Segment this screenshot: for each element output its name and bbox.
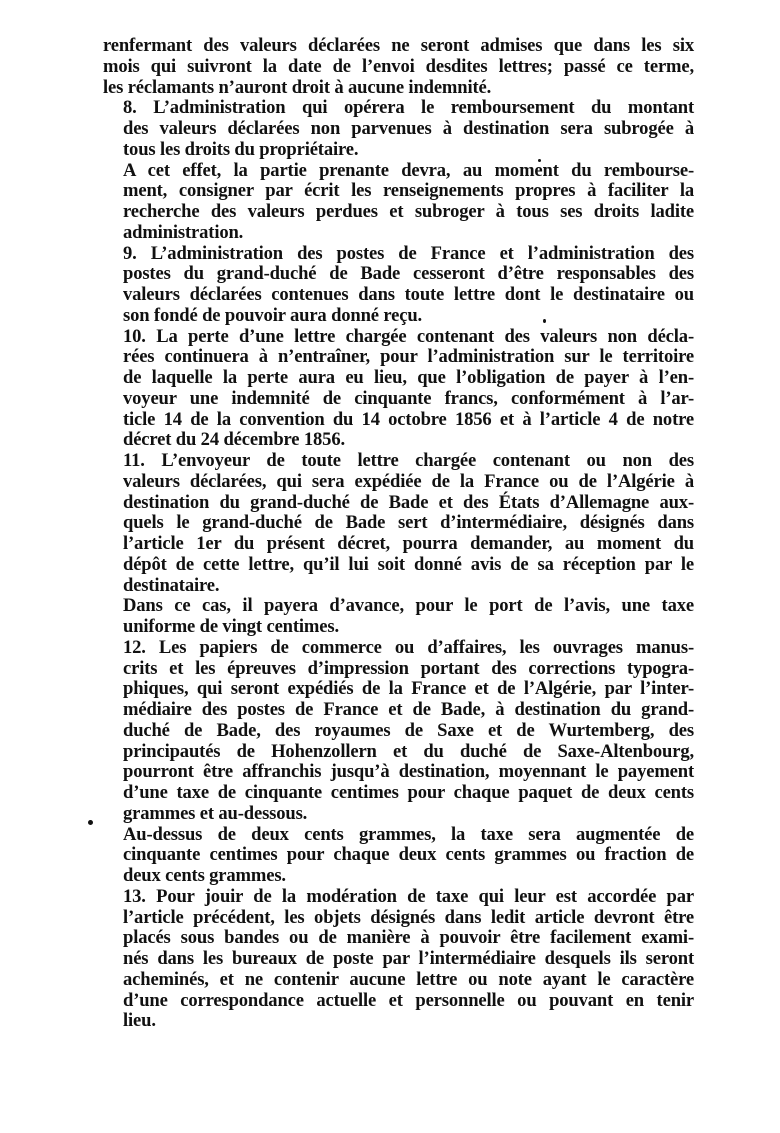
paragraph-continuation: renfermant des valeurs déclarées ne sero… xyxy=(103,36,694,98)
text-line: valeurs déclarées contenues dans toute l… xyxy=(103,285,694,306)
text-line: tous les droits du propriétaire. xyxy=(103,140,694,161)
text-line: voyeur une indemnité de cinquante francs… xyxy=(103,389,694,410)
text-line: médiaire des postes de France et de Bade… xyxy=(103,700,694,721)
text-line: décret du 24 décembre 1856. xyxy=(103,430,694,451)
text-line: de laquelle la perte aura eu lieu, que l… xyxy=(103,368,694,389)
paragraph-article-13: 13. Pour jouir de la modération de taxe … xyxy=(103,887,694,1032)
text-line: placés sous bandes ou de manière à pouvo… xyxy=(103,928,694,949)
text-line: ment, consigner par écrit les renseignem… xyxy=(103,181,694,202)
paragraph-article-11: 11. L’envoyeur de toute lettre chargée c… xyxy=(103,451,694,596)
text-line: cinquante centimes pour chaque deux cent… xyxy=(103,845,694,866)
paragraph-article-11-cont: Dans ce cas, il payera d’avance, pour le… xyxy=(103,596,694,638)
document-page: renfermant des valeurs déclarées ne sero… xyxy=(103,36,694,1032)
paragraph-article-12-cont: Au-dessus de deux cents grammes, la taxe… xyxy=(103,825,694,887)
text-line: recherche des valeurs perdues et subroge… xyxy=(103,202,694,223)
text-line: destination du grand-duché de Bade et de… xyxy=(103,493,694,514)
print-speck xyxy=(543,319,546,323)
text-line: valeurs déclarées, qui sera expédiée de … xyxy=(103,472,694,493)
paragraph-article-9: 9. L’administration des postes de France… xyxy=(103,244,694,327)
print-speck xyxy=(538,159,541,162)
text-line: renfermant des valeurs déclarées ne sero… xyxy=(103,36,694,57)
text-line: crits et les épreuves d’impression porta… xyxy=(103,659,694,680)
text-line: A cet effet, la partie prenante devra, a… xyxy=(103,161,694,182)
paragraph-article-10: 10. La perte d’une lettre chargée conten… xyxy=(103,327,694,452)
text-line: administration. xyxy=(103,223,694,244)
text-line: des valeurs déclarées non parvenues à de… xyxy=(103,119,694,140)
text-line: dépôt de cette lettre, qu’il lui soit do… xyxy=(103,555,694,576)
text-line: duché de Bade, des royaumes de Saxe et d… xyxy=(103,721,694,742)
text-line: son fondé de pouvoir aura donné reçu. xyxy=(103,306,694,327)
paragraph-article-8: 8. L’administration qui opérera le rembo… xyxy=(103,98,694,160)
text-line: pourront être affranchis jusqu’à destina… xyxy=(103,762,694,783)
text-line: rées continuera à n’entraîner, pour l’ad… xyxy=(103,347,694,368)
text-line: phiques, qui seront expédiés de la Franc… xyxy=(103,679,694,700)
text-line: l’article précédent, les objets désignés… xyxy=(103,908,694,929)
text-line: deux cents grammes. xyxy=(103,866,694,887)
text-line: d’une correspondance actuelle et personn… xyxy=(103,991,694,1012)
text-line: 10. La perte d’une lettre chargée conten… xyxy=(103,327,694,348)
text-line: 8. L’administration qui opérera le rembo… xyxy=(103,98,694,119)
text-line: mois qui suivront la date de l’envoi des… xyxy=(103,57,694,78)
text-line: destinataire. xyxy=(103,576,694,597)
text-line: nés dans les bureaux de poste par l’inte… xyxy=(103,949,694,970)
text-line: quels le grand-duché de Bade sert d’inte… xyxy=(103,513,694,534)
text-line: lieu. xyxy=(103,1011,694,1032)
text-line: ticle 14 de la convention du 14 octobre … xyxy=(103,410,694,431)
text-line: 11. L’envoyeur de toute lettre chargée c… xyxy=(103,451,694,472)
text-line: grammes et au-dessous. xyxy=(103,804,694,825)
text-line: d’une taxe de cinquante centimes pour ch… xyxy=(103,783,694,804)
text-line: principautés de Hohenzollern et du duché… xyxy=(103,742,694,763)
paragraph-article-8-cont: A cet effet, la partie prenante devra, a… xyxy=(103,161,694,244)
text-line: acheminés, et ne contenir aucune lettre … xyxy=(103,970,694,991)
text-line: les réclamants n’auront droit à aucune i… xyxy=(103,78,694,99)
text-line: 9. L’administration des postes de France… xyxy=(103,244,694,265)
text-line: 12. Les papiers de commerce ou d’affaire… xyxy=(103,638,694,659)
print-speck xyxy=(88,820,93,825)
text-line: Dans ce cas, il payera d’avance, pour le… xyxy=(103,596,694,617)
paragraph-article-12: 12. Les papiers de commerce ou d’affaire… xyxy=(103,638,694,825)
text-line: postes du grand-duché de Bade cesseront … xyxy=(103,264,694,285)
text-line: l’article 1er du présent décret, pourra … xyxy=(103,534,694,555)
text-line: Au-dessus de deux cents grammes, la taxe… xyxy=(103,825,694,846)
text-line: uniforme de vingt centimes. xyxy=(103,617,694,638)
text-line: 13. Pour jouir de la modération de taxe … xyxy=(103,887,694,908)
